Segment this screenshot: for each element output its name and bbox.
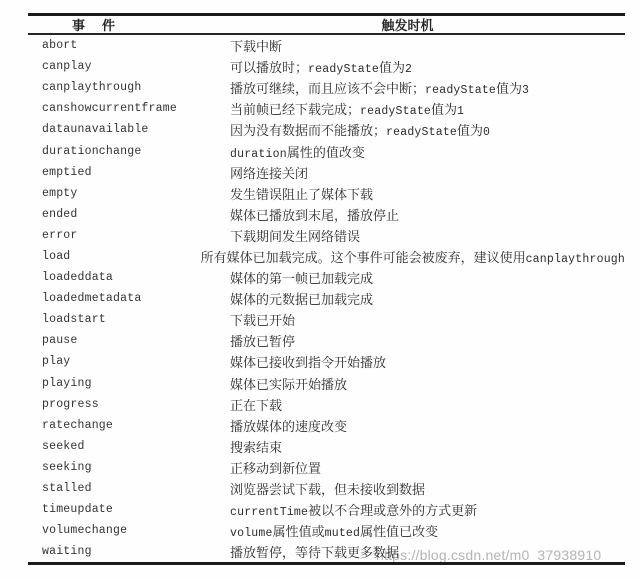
table-row: loadstart下载已开始 [28, 309, 625, 330]
table-body: abort下载中断canplay可以播放时；readyState值为2canpl… [28, 35, 625, 562]
trigger-description-cell: 下载期间发生网络错误 [230, 226, 625, 245]
trigger-description-cell: 媒体已播放到末尾，播放停止 [230, 205, 625, 224]
table-row: play媒体已接收到指令开始播放 [28, 351, 625, 372]
media-events-table: 事 件 触发时机 abort下载中断canplay可以播放时；readyStat… [28, 13, 625, 565]
event-name-cell: stalled [28, 482, 230, 495]
inline-code: volume [230, 527, 273, 540]
table-row: abort下载中断 [28, 35, 625, 56]
event-name-cell: ended [28, 208, 230, 221]
event-name-cell: dataunavailable [28, 123, 230, 136]
table-row: ratechange播放媒体的速度改变 [28, 415, 625, 436]
page: https://blog.csdn.net/m0_37938910 事 件 触发… [0, 0, 640, 579]
table-row: durationchangeduration属性的值改变 [28, 140, 625, 161]
trigger-description-cell: 当前帧已经下载完成；readyState值为1 [230, 99, 625, 118]
inline-code: 3 [522, 84, 529, 97]
event-name-cell: canplaythrough [28, 81, 230, 94]
trigger-description-cell: 正移动到新位置 [230, 458, 625, 477]
event-name-cell: emptied [28, 166, 230, 179]
event-name-cell: volumechange [28, 524, 230, 537]
table-row: seeked搜索结束 [28, 436, 625, 457]
table-row: empty发生错误阻止了媒体下载 [28, 183, 625, 204]
inline-code: readyState [308, 63, 379, 76]
inline-code: canplaythrough [526, 253, 625, 266]
inline-code: 0 [483, 126, 490, 139]
event-name-cell: seeked [28, 440, 230, 453]
trigger-description-cell: 可以播放时；readyState值为2 [230, 57, 625, 76]
column-header-event: 事 件 [28, 15, 230, 34]
event-name-cell: pause [28, 334, 230, 347]
column-header-trigger: 触发时机 [230, 15, 625, 34]
event-name-cell: load [28, 250, 201, 263]
inline-code: readyState [360, 105, 431, 118]
table-row: volumechangevolume属性值或muted属性值已改变 [28, 520, 625, 541]
trigger-description-cell: 因为没有数据而不能播放；readyState值为0 [230, 120, 625, 139]
trigger-description-cell: 播放已暂停 [230, 331, 625, 350]
trigger-description-cell: 下载已开始 [230, 310, 625, 329]
trigger-description-cell: 所有媒体已加载完成。这个事件可能会被废弃，建议使用canplaythrough [201, 247, 625, 266]
event-name-cell: loadstart [28, 313, 230, 326]
event-name-cell: durationchange [28, 145, 230, 158]
table-row: emptied网络连接关闭 [28, 162, 625, 183]
table-row: timeupdatecurrentTime被以不合理或意外的方式更新 [28, 499, 625, 520]
event-name-cell: loadeddata [28, 271, 230, 284]
trigger-description-cell: 下载中断 [230, 36, 625, 55]
event-name-cell: canshowcurrentframe [28, 102, 230, 115]
trigger-description-cell: 播放可继续，而且应该不会中断；readyState值为3 [230, 78, 625, 97]
table-row: pause播放已暂停 [28, 330, 625, 351]
trigger-description-cell: 搜索结束 [230, 437, 625, 456]
inline-code: 2 [405, 63, 412, 76]
event-name-cell: error [28, 229, 230, 242]
trigger-description-cell: 正在下载 [230, 395, 625, 414]
event-name-cell: loadedmetadata [28, 292, 230, 305]
table-row: seeking正移动到新位置 [28, 457, 625, 478]
inline-code: currentTime [230, 506, 308, 519]
trigger-description-cell: 媒体的第一帧已加载完成 [230, 268, 625, 287]
table-row: waiting播放暂停，等待下载更多数据 [28, 541, 625, 562]
trigger-description-cell: 播放媒体的速度改变 [230, 416, 625, 435]
event-name-cell: playing [28, 377, 230, 390]
inline-code: duration [230, 148, 287, 161]
event-name-cell: play [28, 355, 230, 368]
trigger-description-cell: 播放暂停，等待下载更多数据 [230, 542, 625, 561]
event-name-cell: canplay [28, 60, 230, 73]
event-name-cell: empty [28, 187, 230, 200]
table-row: load所有媒体已加载完成。这个事件可能会被废弃，建议使用canplaythro… [28, 246, 625, 267]
table-row: canshowcurrentframe当前帧已经下载完成；readyState值… [28, 98, 625, 119]
trigger-description-cell: 媒体已接收到指令开始播放 [230, 352, 625, 371]
table-row: playing媒体已实际开始播放 [28, 373, 625, 394]
trigger-description-cell: currentTime被以不合理或意外的方式更新 [230, 500, 625, 519]
inline-code: 1 [457, 105, 464, 118]
event-name-cell: abort [28, 39, 230, 52]
trigger-description-cell: 发生错误阻止了媒体下载 [230, 184, 625, 203]
trigger-description-cell: 媒体的元数据已加载完成 [230, 289, 625, 308]
table-row: loadeddata媒体的第一帧已加载完成 [28, 267, 625, 288]
table-row: dataunavailable因为没有数据而不能播放；readyState值为0 [28, 119, 625, 140]
table-row: progress正在下载 [28, 394, 625, 415]
inline-code: readyState [386, 126, 457, 139]
event-name-cell: timeupdate [28, 503, 230, 516]
inline-code: muted [325, 527, 361, 540]
table-row: ended媒体已播放到末尾，播放停止 [28, 204, 625, 225]
trigger-description-cell: 网络连接关闭 [230, 163, 625, 182]
event-name-cell: ratechange [28, 419, 230, 432]
inline-code: readyState [425, 84, 496, 97]
table-row: canplay可以播放时；readyState值为2 [28, 56, 625, 77]
table-row: canplaythrough播放可继续，而且应该不会中断；readyState值… [28, 77, 625, 98]
table-header-row: 事 件 触发时机 [28, 16, 625, 35]
event-name-cell: seeking [28, 461, 230, 474]
table-row: loadedmetadata媒体的元数据已加载完成 [28, 288, 625, 309]
trigger-description-cell: 媒体已实际开始播放 [230, 374, 625, 393]
event-name-cell: progress [28, 398, 230, 411]
event-name-cell: waiting [28, 545, 230, 558]
trigger-description-cell: volume属性值或muted属性值已改变 [230, 521, 625, 540]
table-row: error下载期间发生网络错误 [28, 225, 625, 246]
trigger-description-cell: duration属性的值改变 [230, 142, 625, 161]
trigger-description-cell: 浏览器尝试下载，但未接收到数据 [230, 479, 625, 498]
table-row: stalled浏览器尝试下载，但未接收到数据 [28, 478, 625, 499]
